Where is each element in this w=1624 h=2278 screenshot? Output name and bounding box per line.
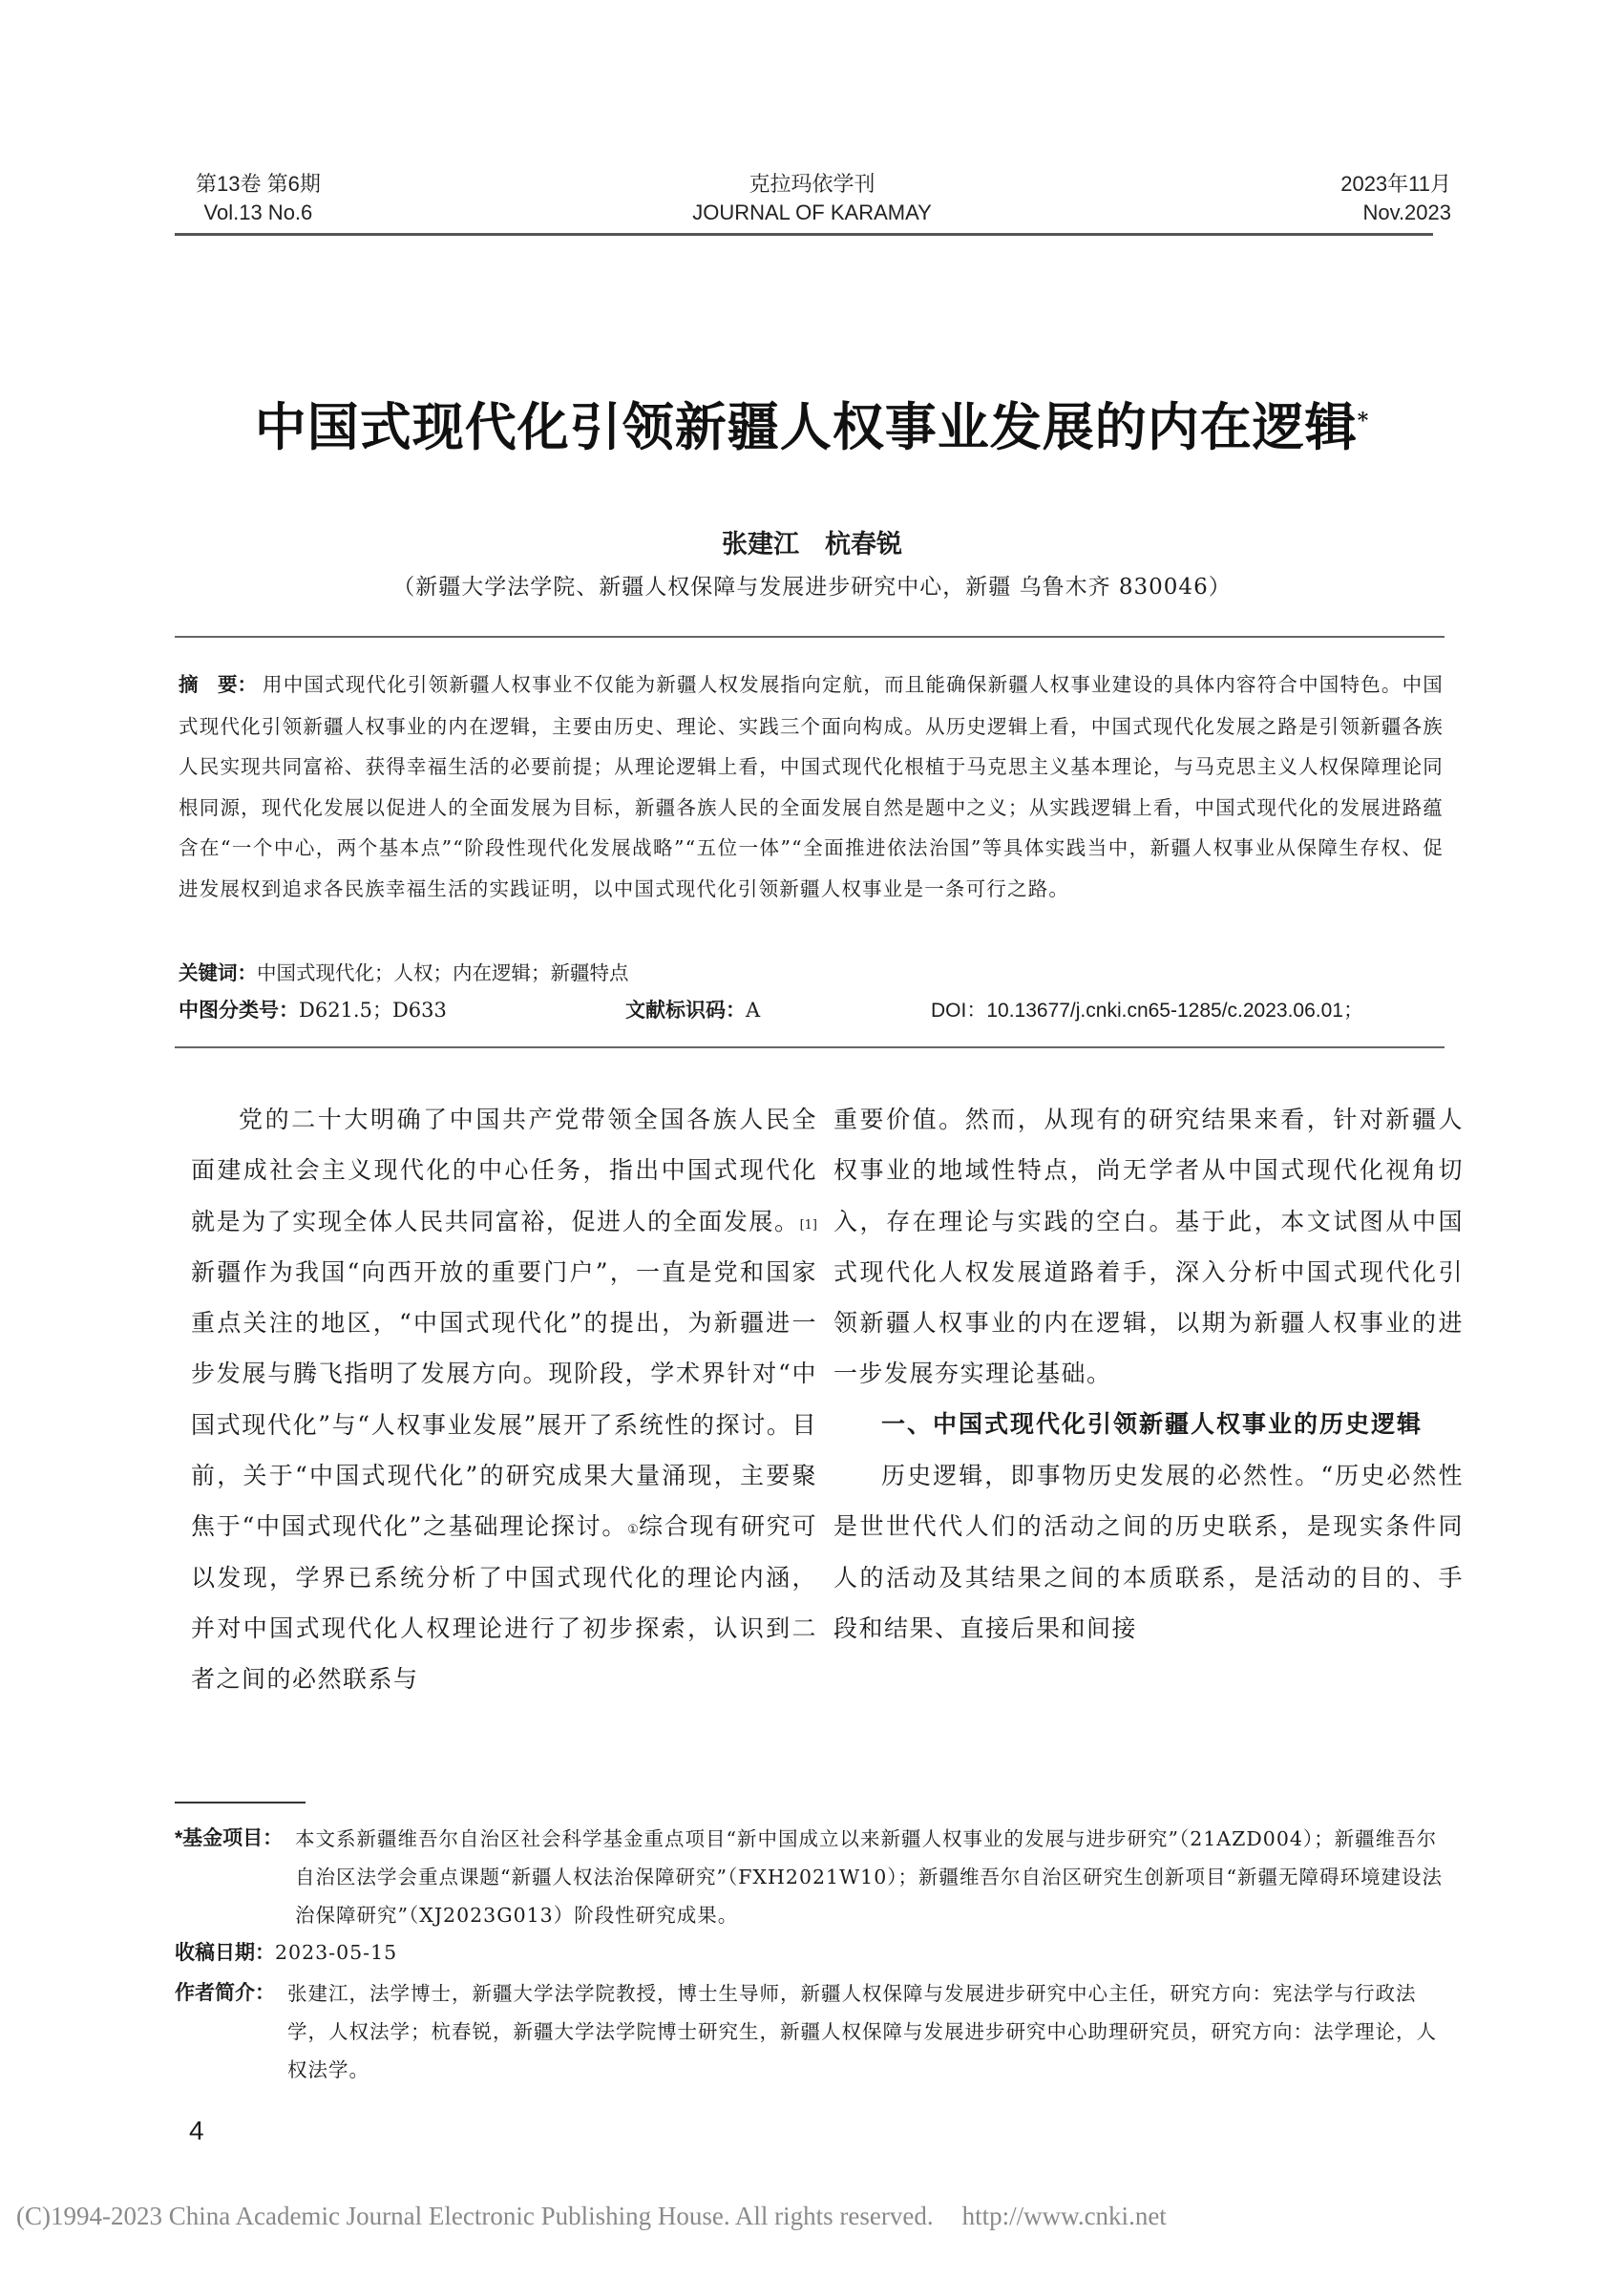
document-code-value: A xyxy=(746,999,760,1022)
running-header-right: 2023年11月 Nov.2023 xyxy=(1308,170,1451,227)
citation-marker[interactable]: [1] xyxy=(800,1218,817,1233)
footnote-author-bio: 作者简介： 张建江，法学博士，新疆大学法学院教授，博士生导师，新疆人权保障与发展… xyxy=(175,1973,1445,2089)
paragraph-text: 新疆作为我国“向西开放的重要门户”，一直是党和国家重点关注的地区，“中国式现代化… xyxy=(191,1258,817,1540)
body-paragraph: 重要价值。然而，从现有的研究结果来看，针对新疆人权事业的地域性特点，尚无学者从中… xyxy=(833,1094,1464,1400)
body-paragraph: 历史逻辑，即事物历史发展的必然性。“历史必然性是世世代代人们的活动之间的历史联系… xyxy=(833,1450,1464,1654)
footnote-received-date: 收稿日期：2023-05-15 xyxy=(175,1933,1445,1972)
keywords-text: 中国式现代化；人权；内在逻辑；新疆特点 xyxy=(257,961,629,984)
copyright-text: (C)1994-2023 China Academic Journal Elec… xyxy=(16,2202,934,2230)
footnote-rule xyxy=(175,1802,306,1803)
abstract-text: 用中国式现代化引领新疆人权事业不仅能为新疆人权发展指向定航，而且能确保新疆人权事… xyxy=(179,673,1444,900)
clc-value: D621.5；D633 xyxy=(299,999,447,1022)
funding-text: 本文系新疆维吾尔自治区社会科学基金重点项目“新中国成立以来新疆人权事业的发展与进… xyxy=(175,1820,1445,1934)
author-bio-text: 张建江，法学博士，新疆大学法学院教授，博士生导师，新疆人权保障与发展进步研究中心… xyxy=(175,1974,1445,2089)
abstract-top-rule xyxy=(175,636,1445,638)
section-heading: 一、中国式现代化引领新疆人权事业的历史逻辑 xyxy=(833,1400,1464,1450)
issue-date-cn: 2023年11月 xyxy=(1308,170,1451,199)
abstract-label: 摘 要： xyxy=(179,674,257,696)
title-footnote-mark: * xyxy=(1358,409,1370,433)
abstract: 摘 要：用中国式现代化引领新疆人权事业不仅能为新疆人权发展指向定航，而且能确保新… xyxy=(179,664,1444,909)
article-title-text: 中国式现代化引领新疆人权事业发展的内在逻辑 xyxy=(255,396,1358,457)
document-code-label: 文献标识码： xyxy=(625,1000,746,1022)
body-paragraph: 党的二十大明确了中国共产党带领全国各族人民全面建成社会主义现代化的中心任务，指出… xyxy=(191,1094,817,1705)
doi: DOI：10.13677/j.cnki.cn65-1285/c.2023.06.… xyxy=(931,995,1363,1023)
body-column-left: 党的二十大明确了中国共产党带领全国各族人民全面建成社会主义现代化的中心任务，指出… xyxy=(191,1094,817,1705)
cnki-link[interactable]: http://www.cnki.net xyxy=(962,2202,1167,2230)
article-authors: 张建江 杭春锐 xyxy=(0,523,1624,560)
page-number: 4 xyxy=(189,2116,204,2146)
clc-number: 中图分类号：D621.5；D633 xyxy=(179,995,447,1023)
funding-label: *基金项目： xyxy=(175,1827,283,1849)
received-label: 收稿日期： xyxy=(175,1942,275,1964)
keywords-label: 关键词： xyxy=(179,962,257,984)
issue-date-en: Nov.2023 xyxy=(1308,199,1451,227)
paragraph-text: 党的二十大明确了中国共产党带领全国各族人民全面建成社会主义现代化的中心任务，指出… xyxy=(191,1106,817,1235)
clc-label: 中图分类号： xyxy=(179,1000,299,1022)
received-value: 2023-05-15 xyxy=(275,1941,397,1964)
doi-value[interactable]: 10.13677/j.cnki.cn65-1285/c.2023.06.01； xyxy=(986,1000,1363,1022)
document-code: 文献标识码：A xyxy=(625,995,760,1023)
endnote-marker[interactable]: ① xyxy=(627,1523,639,1537)
doi-label: DOI： xyxy=(931,1000,986,1022)
header-rule xyxy=(175,233,1433,236)
body-column-right: 重要价值。然而，从现有的研究结果来看，针对新疆人权事业的地域性特点，尚无学者从中… xyxy=(833,1094,1464,1654)
footnote-funding: *基金项目： 本文系新疆维吾尔自治区社会科学基金重点项目“新中国成立以来新疆人权… xyxy=(175,1819,1445,1934)
author-affiliation: （新疆大学法学院、新疆人权保障与发展进步研究中心，新疆 乌鲁木齐 830046） xyxy=(0,569,1624,601)
article-title: 中国式现代化引领新疆人权事业发展的内在逻辑* xyxy=(0,393,1624,460)
copyright-notice: (C)1994-2023 China Academic Journal Elec… xyxy=(16,2202,1167,2231)
abstract-bottom-rule xyxy=(175,1046,1445,1048)
author-bio-label: 作者简介： xyxy=(175,1982,275,2004)
keywords-row: 关键词：中国式现代化；人权；内在逻辑；新疆特点 xyxy=(179,953,1444,994)
